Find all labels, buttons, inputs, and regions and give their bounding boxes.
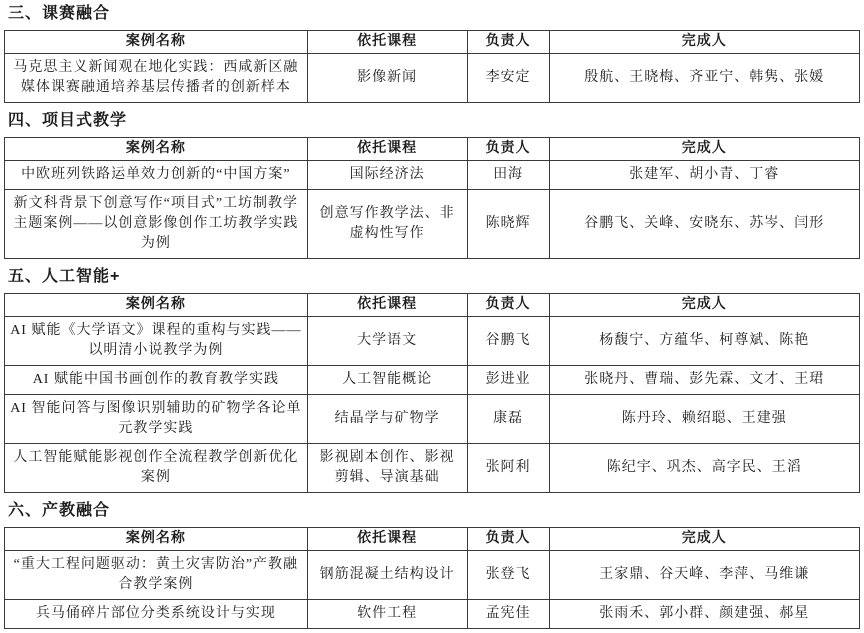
table-row: AI 赋能中国书画创作的教育教学实践人工智能概论彭进业张晓丹、曹瑞、彭先霖、文才… — [5, 366, 860, 395]
column-header: 完成人 — [549, 528, 859, 551]
case-name-cell: 兵马俑碎片部位分类系统设计与实现 — [5, 600, 308, 629]
section-title: 五、人工智能+ — [8, 267, 860, 287]
leader-cell: 陈晓辉 — [467, 190, 549, 259]
completers-cell: 张雨禾、郭小群、颜建强、郝星 — [549, 600, 859, 629]
leader-cell: 彭进业 — [467, 366, 549, 395]
case-section: 六、产教融合案例名称依托课程负责人完成人“重大工程问题驱动：黄土灾害防治”产教融… — [4, 501, 860, 629]
course-cell: 人工智能概论 — [307, 366, 467, 395]
section-title: 三、课赛融合 — [8, 4, 860, 24]
completers-cell: 陈丹玲、赖绍聪、王建强 — [549, 395, 859, 444]
case-name-cell: AI 赋能中国书画创作的教育教学实践 — [5, 366, 308, 395]
column-header: 案例名称 — [5, 294, 308, 317]
document-page: 三、课赛融合案例名称依托课程负责人完成人马克思主义新闻观在地化实践：西咸新区融媒… — [0, 0, 864, 629]
case-table: 案例名称依托课程负责人完成人马克思主义新闻观在地化实践：西咸新区融媒体课赛融通培… — [4, 30, 860, 103]
column-header: 依托课程 — [307, 294, 467, 317]
course-cell: 大学语文 — [307, 317, 467, 366]
column-header: 负责人 — [467, 31, 549, 54]
completers-cell: 陈纪宇、巩杰、高字民、王滔 — [549, 444, 859, 493]
course-cell: 钢筋混凝土结构设计 — [307, 551, 467, 600]
header-row: 案例名称依托课程负责人完成人 — [5, 528, 860, 551]
column-header: 依托课程 — [307, 31, 467, 54]
column-header: 负责人 — [467, 528, 549, 551]
leader-cell: 孟宪佳 — [467, 600, 549, 629]
table-row: “重大工程问题驱动：黄土灾害防治”产教融合教学案例钢筋混凝土结构设计张登飞王家鼎… — [5, 551, 860, 600]
case-name-cell: “重大工程问题驱动：黄土灾害防治”产教融合教学案例 — [5, 551, 308, 600]
header-row: 案例名称依托课程负责人完成人 — [5, 294, 860, 317]
column-header: 负责人 — [467, 294, 549, 317]
column-header: 依托课程 — [307, 528, 467, 551]
column-header: 负责人 — [467, 138, 549, 161]
completers-cell: 王家鼎、谷天峰、李萍、马维谦 — [549, 551, 859, 600]
leader-cell: 李安定 — [467, 54, 549, 103]
table-row: 兵马俑碎片部位分类系统设计与实现软件工程孟宪佳张雨禾、郭小群、颜建强、郝星 — [5, 600, 860, 629]
course-cell: 软件工程 — [307, 600, 467, 629]
table-row: 新文科背景下创意写作“项目式”工坊制教学主题案例——以创意影像创作工坊教学实践为… — [5, 190, 860, 259]
table-row: AI 赋能《大学语文》课程的重构与实践——以明清小说教学为例大学语文谷鹏飞杨馥宁… — [5, 317, 860, 366]
leader-cell: 康磊 — [467, 395, 549, 444]
completers-cell: 张晓丹、曹瑞、彭先霖、文才、王珺 — [549, 366, 859, 395]
course-cell: 影视剧本创作、影视剪辑、导演基础 — [307, 444, 467, 493]
case-name-cell: 新文科背景下创意写作“项目式”工坊制教学主题案例——以创意影像创作工坊教学实践为… — [5, 190, 308, 259]
case-table: 案例名称依托课程负责人完成人中欧班列铁路运单效力创新的“中国方案”国际经济法田海… — [4, 137, 860, 259]
header-row: 案例名称依托课程负责人完成人 — [5, 138, 860, 161]
leader-cell: 田海 — [467, 161, 549, 190]
case-name-cell: 人工智能赋能影视创作全流程教学创新优化案例 — [5, 444, 308, 493]
table-row: 马克思主义新闻观在地化实践：西咸新区融媒体课赛融通培养基层传播者的创新样本影像新… — [5, 54, 860, 103]
course-cell: 国际经济法 — [307, 161, 467, 190]
case-section: 三、课赛融合案例名称依托课程负责人完成人马克思主义新闻观在地化实践：西咸新区融媒… — [4, 4, 860, 103]
case-name-cell: AI 智能问答与图像识别辅助的矿物学各论单元教学实践 — [5, 395, 308, 444]
completers-cell: 谷鹏飞、关峰、安晓东、苏岑、闫形 — [549, 190, 859, 259]
column-header: 完成人 — [549, 294, 859, 317]
course-cell: 结晶学与矿物学 — [307, 395, 467, 444]
table-row: AI 智能问答与图像识别辅助的矿物学各论单元教学实践结晶学与矿物学康磊陈丹玲、赖… — [5, 395, 860, 444]
case-name-cell: 马克思主义新闻观在地化实践：西咸新区融媒体课赛融通培养基层传播者的创新样本 — [5, 54, 308, 103]
column-header: 案例名称 — [5, 528, 308, 551]
case-table: 案例名称依托课程负责人完成人AI 赋能《大学语文》课程的重构与实践——以明清小说… — [4, 293, 860, 493]
section-title: 六、产教融合 — [8, 501, 860, 521]
completers-cell: 殷航、王晓梅、齐亚宁、韩隽、张媛 — [549, 54, 859, 103]
section-title: 四、项目式教学 — [8, 111, 860, 131]
case-section: 五、人工智能+案例名称依托课程负责人完成人AI 赋能《大学语文》课程的重构与实践… — [4, 267, 860, 493]
completers-cell: 张建军、胡小青、丁睿 — [549, 161, 859, 190]
completers-cell: 杨馥宁、方蕴华、柯尊斌、陈艳 — [549, 317, 859, 366]
column-header: 案例名称 — [5, 31, 308, 54]
table-row: 中欧班列铁路运单效力创新的“中国方案”国际经济法田海张建军、胡小青、丁睿 — [5, 161, 860, 190]
column-header: 依托课程 — [307, 138, 467, 161]
leader-cell: 谷鹏飞 — [467, 317, 549, 366]
leader-cell: 张登飞 — [467, 551, 549, 600]
course-cell: 创意写作教学法、非虚构性写作 — [307, 190, 467, 259]
leader-cell: 张阿利 — [467, 444, 549, 493]
header-row: 案例名称依托课程负责人完成人 — [5, 31, 860, 54]
case-section: 四、项目式教学案例名称依托课程负责人完成人中欧班列铁路运单效力创新的“中国方案”… — [4, 111, 860, 259]
case-name-cell: 中欧班列铁路运单效力创新的“中国方案” — [5, 161, 308, 190]
column-header: 案例名称 — [5, 138, 308, 161]
column-header: 完成人 — [549, 31, 859, 54]
column-header: 完成人 — [549, 138, 859, 161]
course-cell: 影像新闻 — [307, 54, 467, 103]
case-name-cell: AI 赋能《大学语文》课程的重构与实践——以明清小说教学为例 — [5, 317, 308, 366]
case-table: 案例名称依托课程负责人完成人“重大工程问题驱动：黄土灾害防治”产教融合教学案例钢… — [4, 527, 860, 629]
table-row: 人工智能赋能影视创作全流程教学创新优化案例影视剧本创作、影视剪辑、导演基础张阿利… — [5, 444, 860, 493]
